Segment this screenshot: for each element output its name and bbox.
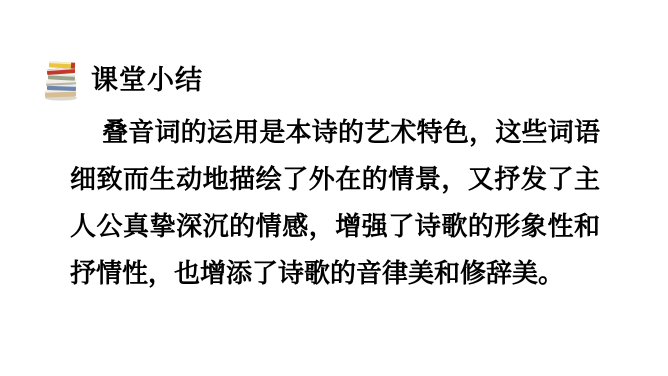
slide-header: 课堂小结 [42, 52, 203, 102]
slide-title: 课堂小结 [91, 58, 203, 97]
presentation-slide: 课堂小结 叠音词的运用是本诗的艺术特色，这些词语细致而生动地描绘了外在的情景，又… [0, 0, 668, 376]
summary-paragraph: 叠音词的运用是本诗的艺术特色，这些词语细致而生动地描绘了外在的情景，又抒发了主人… [70, 109, 600, 297]
books-stack-icon [42, 53, 80, 101]
slide-body: 叠音词的运用是本诗的艺术特色，这些词语细致而生动地描绘了外在的情景，又抒发了主人… [70, 109, 600, 297]
